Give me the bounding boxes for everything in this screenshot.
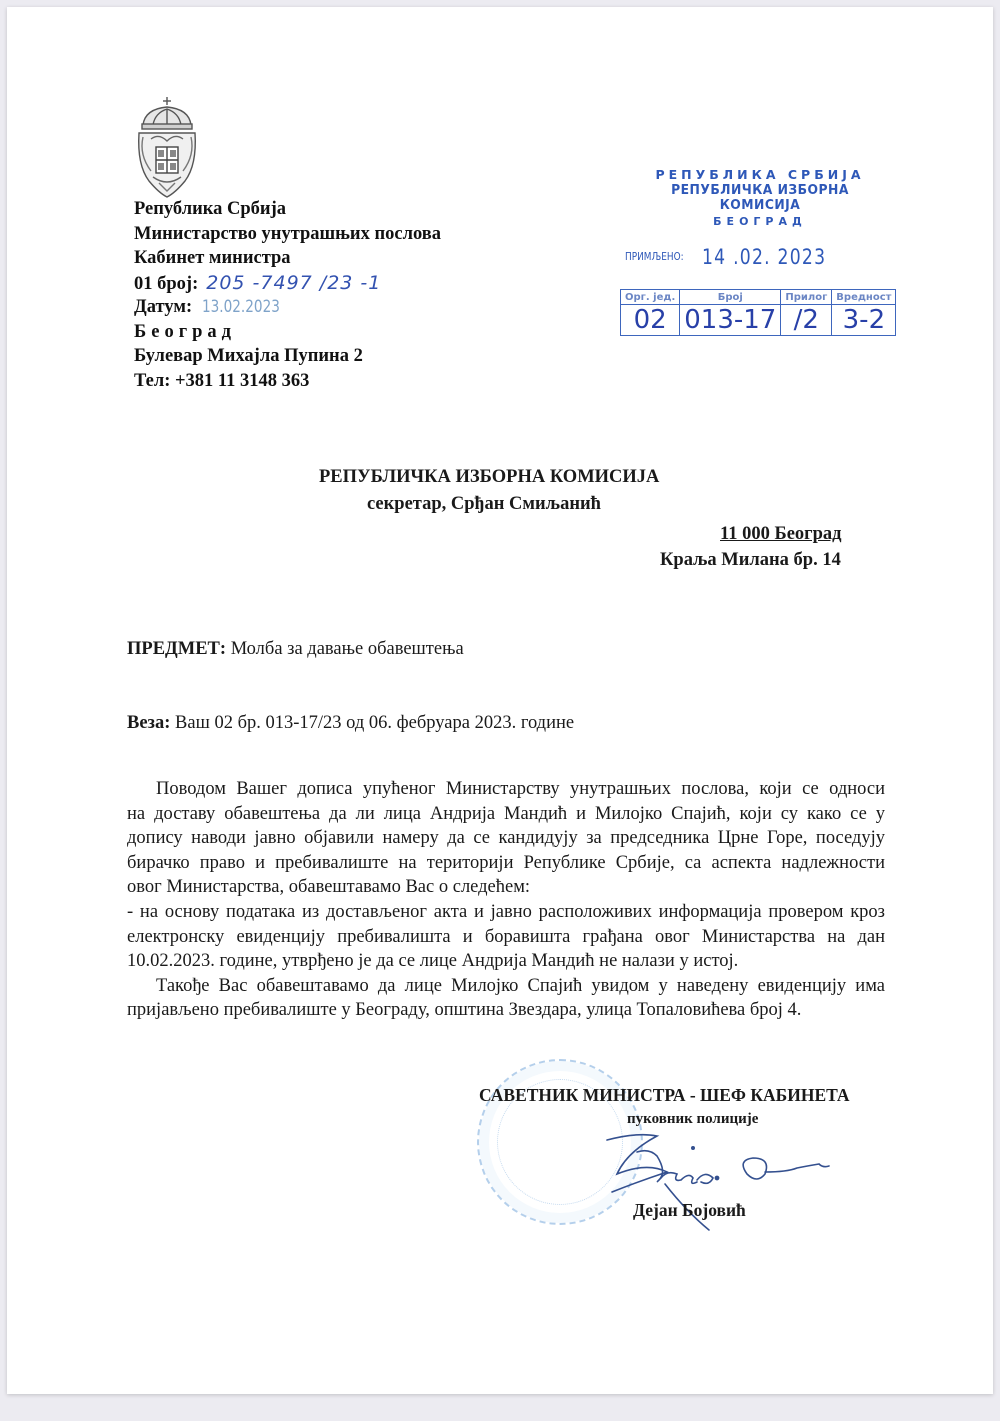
body-line: на доставу обавештења да ли лица Андрија… <box>127 802 885 827</box>
stamp-value-org: 02 <box>621 305 680 336</box>
addressee-city: 11 000 Београд <box>720 521 841 548</box>
number-value-handwritten: 205 -7497 /23 -1 <box>206 272 381 294</box>
reference-label: Веза: <box>127 713 170 733</box>
stamp-value-value: 3-2 <box>832 305 896 336</box>
stamp-received-date: 14 .02. 2023 <box>702 245 826 269</box>
body-line: - на основу података из достављеног акта… <box>127 900 885 925</box>
body-line: пријављено пребивалиште у Београду, општ… <box>127 998 885 1023</box>
signatory-title: САВЕТНИК МИНИСТРА - ШЕФ КАБИНЕТА <box>479 1085 850 1106</box>
body-line: бирачко право и пребивалиште на територи… <box>127 851 885 876</box>
body-line: овог Министарства, обавештавамо Вас о сл… <box>127 875 885 900</box>
stamp-header-value: Вредност <box>832 290 896 305</box>
stamp-registry-table: Орг. јед. Број Прилог Вредност 02 013-17… <box>620 289 896 336</box>
addressee-recipient: секретар, Срђан Смиљанић <box>367 491 601 518</box>
body-line: 10.02.2023. године, утврђено је да се ли… <box>127 949 885 974</box>
stamp-header-org: Орг. јед. <box>621 290 680 305</box>
body-line: Такође Вас обавештавамо да лице Милојко … <box>127 974 885 999</box>
date-value-stamp: 13.02.2023 <box>202 295 280 320</box>
stamp-header-number: Број <box>680 290 781 305</box>
stamp-value-attachment: /2 <box>781 305 832 336</box>
addressee-title: РЕПУБЛИЧКА ИЗБОРНА КОМИСИЈА <box>319 464 659 491</box>
letterhead-country: Република Србија <box>134 197 441 222</box>
letterhead-address: Булевар Михајла Пупина 2 <box>134 344 441 369</box>
letterhead-ministry: Министарство унутрашњих послова <box>134 222 441 247</box>
subject-label: ПРЕДМЕТ: <box>127 639 226 659</box>
addressee-street: Краља Милана бр. 14 <box>660 547 841 574</box>
signatory-name: Дејан Бојовић <box>633 1200 746 1221</box>
subject-text: Молба за давање обавештења <box>231 639 464 659</box>
serbian-coat-of-arms-icon <box>129 95 205 199</box>
stamp-commission: РЕПУБЛИЧКА ИЗБОРНА КОМИСИЈА <box>632 183 889 213</box>
letterhead-date-row: Датум:13.02.2023 <box>134 295 441 320</box>
subject-line: ПРЕДМЕТ: Молба за давање обавештења <box>127 639 464 660</box>
letterhead-office: Кабинет министра <box>134 246 441 271</box>
received-stamp: РЕПУБЛИКА СРБИЈА РЕПУБЛИЧКА ИЗБОРНА КОМИ… <box>625 167 895 228</box>
stamp-value-number: 013-17 <box>680 305 781 336</box>
reference-line: Веза: Ваш 02 бр. 013-17/23 од 06. фебруа… <box>127 713 574 734</box>
document-page: Република Србија Министарство унутрашњих… <box>7 7 993 1394</box>
stamp-header-attachment: Прилог <box>781 290 832 305</box>
letterhead: Република Србија Министарство унутрашњих… <box>134 197 441 393</box>
body-line: електронску евиденцију пребивалишта и бо… <box>127 925 885 950</box>
letterhead-number-row: 01 број:205 -7497 /23 -1 <box>134 271 441 296</box>
stamp-country: РЕПУБЛИКА СРБИЈА <box>625 167 895 182</box>
letterhead-city: Београд <box>134 320 441 345</box>
stamp-received-label: ПРИМЉЕНО: <box>625 251 684 263</box>
number-label: 01 број: <box>134 274 198 294</box>
stamp-received-row: ПРИМЉЕНО: 14 .02. 2023 <box>625 245 853 269</box>
letter-body: Поводом Вашег дописа упућеног Министарст… <box>127 777 885 1023</box>
stamp-city: БЕОГРАД <box>625 215 895 228</box>
date-label: Датум: <box>134 297 192 317</box>
body-line: допису наводи јавно објавили намеру да с… <box>127 826 885 851</box>
reference-text: Ваш 02 бр. 013-17/23 од 06. фебруара 202… <box>175 713 574 733</box>
body-line: Поводом Вашег дописа упућеног Министарст… <box>127 777 885 802</box>
letterhead-phone: Тел: +381 11 3148 363 <box>134 369 441 394</box>
